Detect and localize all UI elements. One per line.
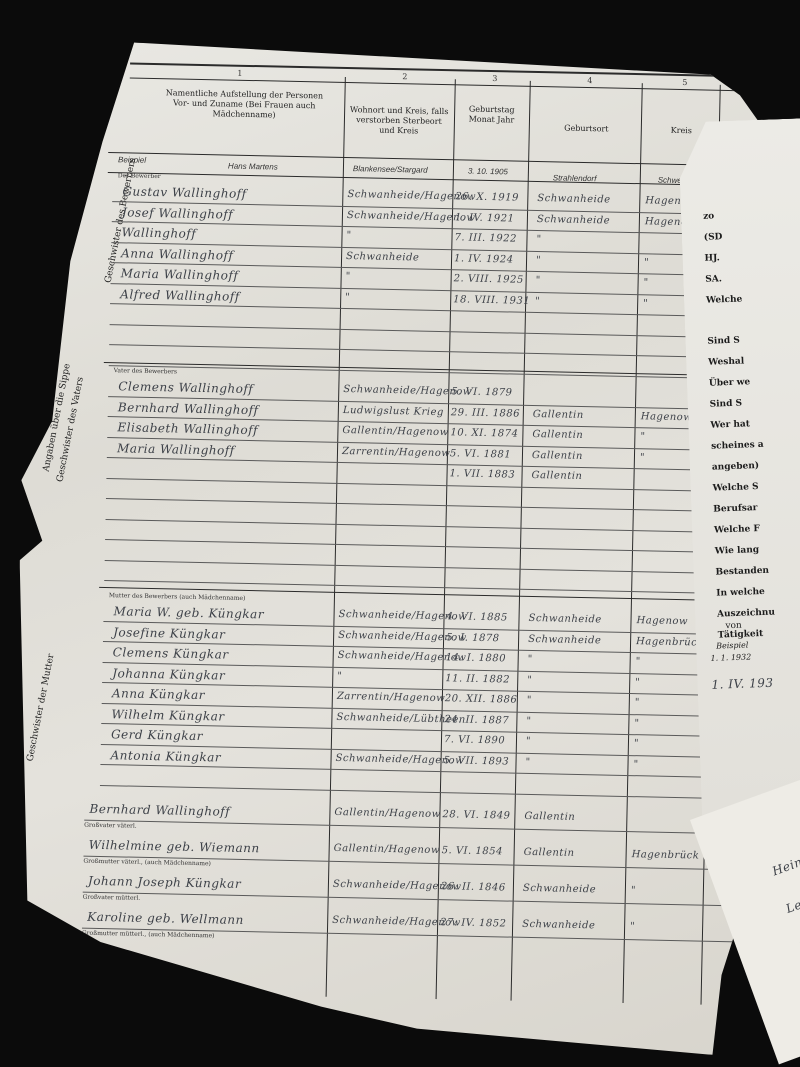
section-label: Der Bewerber: [118, 172, 161, 180]
cell-district: ": [634, 738, 639, 749]
cell-district: ": [633, 759, 638, 770]
column-number: 2: [395, 72, 415, 81]
column-header-birthplace: Geburtsort: [534, 123, 639, 135]
cell-residence: Schwanheide: [346, 251, 419, 264]
right-sheet-question: angeben): [712, 461, 760, 473]
right-sheet-question: Auszeichnu: [717, 608, 775, 620]
row-rule: [110, 303, 760, 318]
right-sheet-question: Welche S: [712, 482, 758, 494]
column-number: 4: [580, 76, 600, 85]
cell-district: ": [640, 452, 645, 463]
right-sheet-question: zo: [703, 211, 714, 221]
cell-district: Hagenbrück: [636, 636, 704, 648]
row-rule: [106, 478, 756, 493]
cell-district: ": [644, 257, 649, 268]
grandparent-name: Karoline geb. Wellmann: [87, 910, 244, 927]
grandparent-district: ": [630, 921, 635, 932]
right-sheet-example-value: 1. 1. 1932: [710, 652, 751, 662]
right-sheet-question: Wie lang: [715, 545, 760, 557]
header-bottom-rule: [108, 152, 768, 167]
grandparent-name: Johann Joseph Küngkar: [88, 874, 241, 891]
cell-district: ": [643, 277, 648, 288]
column-divider: [623, 83, 643, 1003]
cell-residence: Gallentin/Hagenow: [342, 425, 448, 438]
column-header-name: Namentliche Aufstellung der Personen Vor…: [159, 88, 330, 122]
example-birthplace: Strahlendorf: [553, 173, 597, 183]
row-rule: [100, 764, 750, 779]
right-sheet-question: Über we: [709, 377, 751, 388]
cell-district: ": [643, 298, 648, 309]
cell-birthdate: 20. XII. 1886: [445, 693, 518, 706]
cell-district: ": [636, 656, 641, 667]
cell-residence: ": [345, 292, 350, 303]
right-sheet-question: Welche: [706, 295, 743, 306]
form-rows: Der BewerberGustav WallinghoffSchwanheid…: [31, 40, 771, 55]
cell-residence: ": [346, 271, 351, 282]
cell-birthplace: Schwanheide: [528, 633, 601, 646]
right-sheet-question: (SD: [704, 232, 723, 243]
column-number: 5: [675, 78, 695, 87]
cell-birthplace: Schwanheide: [528, 613, 601, 626]
grandparent-district: ": [631, 885, 636, 896]
cell-birthplace: ": [525, 756, 530, 767]
right-sheet-question: Weshal: [708, 356, 744, 367]
column-number: 1: [230, 69, 250, 78]
cell-birthplace: ": [536, 234, 541, 245]
grandparent-name: Bernhard Wallinghoff: [89, 802, 230, 819]
cell-name: Johanna Küngkar: [112, 666, 225, 682]
cell-name: Clemens Wallinghoff: [118, 379, 253, 396]
column-header-residence: Wohnort und Kreis, falls verstorben Ster…: [349, 105, 450, 137]
grandparent-label: Großvater väterl.: [84, 822, 137, 830]
row-rule: [83, 892, 743, 907]
cell-birthdate: 24. II. 1887: [444, 714, 509, 726]
cell-birthplace: Gallentin: [532, 429, 583, 441]
row-rule: [109, 344, 759, 359]
grandparent-name: Wilhelmine geb. Wiemann: [89, 838, 260, 856]
cell-birthplace: ": [536, 275, 541, 286]
row-rule: [106, 519, 756, 534]
cell-residence: Zarrentin/Hagenow: [342, 445, 451, 458]
cell-birthdate: 11. II. 1882: [445, 673, 510, 685]
cell-name: Anna Wallinghoff: [121, 246, 234, 262]
cell-birthdate: 29. III. 1886: [451, 407, 520, 419]
cell-birthdate: 7. III. 1922: [454, 232, 517, 244]
row-rule: [107, 457, 757, 472]
example-name: Hans Martens: [228, 162, 278, 172]
right-sheet-example-label: Beispiel: [716, 641, 749, 651]
cell-residence: ": [337, 670, 342, 681]
right-sheet-question: Sind S: [707, 336, 740, 347]
cell-name: Josef Wallinghoff: [122, 205, 234, 221]
folded-entry: Heinrich: [770, 846, 800, 879]
column-header-birthdate: Geburtstag Monat Jahr: [459, 104, 524, 125]
right-sheet-question: scheines a: [711, 440, 764, 452]
right-sheet-question: Welche F: [714, 524, 760, 536]
cell-birthdate: 18. VIII. 1931: [453, 294, 530, 307]
row-rule: [110, 324, 760, 339]
column-number: 3: [485, 74, 505, 83]
cell-birthdate: 4. VI. 1885: [446, 611, 507, 623]
grandparent-district: Hagenbrück: [632, 849, 700, 861]
cell-residence: Zarrentin/Hagenow: [337, 691, 446, 704]
right-sheet-question: Bestanden: [715, 566, 769, 578]
cell-name: Josefine Küngkar: [113, 625, 226, 641]
grandparent-birthplace: Gallentin: [524, 847, 575, 859]
grandparent-residence: Gallentin/Hagenow: [334, 807, 440, 820]
cell-birthdate: 1. IV. 1924: [454, 253, 514, 265]
grandparent-birthdate: 28. VI. 1849: [442, 809, 510, 821]
cell-residence: ": [346, 230, 351, 241]
cell-birthplace: ": [528, 654, 533, 665]
grandparent-birthplace: Schwanheide: [523, 883, 596, 896]
grandparent-residence: Gallentin/Hagenow: [334, 843, 440, 856]
cell-district: Hagenow: [641, 411, 693, 423]
folded-entry: Lendwirt: [784, 883, 800, 916]
cell-birthplace: ": [526, 715, 531, 726]
grandparent-label: Großvater mütterl.: [83, 894, 141, 902]
right-sheet-entry: 1. IV. 193: [711, 676, 774, 692]
grandparent-birthplace: Schwanheide: [522, 919, 595, 932]
grandparent-birthdate: 26. II. 1846: [441, 881, 506, 893]
cell-birthplace: Gallentin: [531, 470, 582, 482]
cell-birthdate: 1. VII. 1883: [449, 468, 515, 480]
row-rule: [109, 365, 759, 380]
cell-district: Hagenow: [636, 615, 688, 627]
cell-birthplace: Gallentin: [533, 408, 584, 420]
top-rule: [130, 62, 770, 77]
row-rule: [106, 498, 756, 513]
cell-name: Bernhard Wallinghoff: [118, 400, 259, 417]
cell-birthdate: 1. IV. 1921: [455, 212, 515, 224]
cell-name: Clemens Küngkar: [113, 645, 229, 661]
grandparent-birthplace: Gallentin: [524, 811, 575, 823]
cell-district: ": [635, 697, 640, 708]
right-sheet-table-head: von: [725, 621, 742, 632]
cell-birthplace: ": [535, 295, 540, 306]
cell-birthdate: 10. XI. 1874: [450, 427, 518, 439]
cell-birthplace: Gallentin: [532, 449, 583, 461]
cell-name: Alfred Wallinghoff: [120, 287, 240, 303]
cell-birthdate: 5. VI. 1881: [450, 448, 511, 460]
section-label: Vater des Bewerbers: [114, 367, 177, 375]
right-sheet-question: Sind S: [710, 399, 743, 410]
cell-name: Antonia Küngkar: [110, 748, 221, 764]
cell-birthplace: Schwanheide: [537, 193, 610, 206]
right-sheet-question: In welche: [716, 587, 765, 599]
cell-name: Maria W. geb. Küngkar: [113, 604, 264, 621]
row-rule: [100, 784, 750, 799]
column-divider: [326, 77, 346, 997]
right-sheet-question: SA.: [705, 274, 722, 285]
cell-birthdate: 14. I. 1880: [446, 652, 507, 664]
row-rule: [104, 580, 754, 595]
right-sheet-question: HJ.: [704, 253, 720, 264]
section-rule: [104, 362, 764, 377]
genealogy-form-sheet: 1 2 3 4 5 Namentliche Aufstellung der Pe…: [10, 40, 771, 1055]
cell-birthplace: ": [527, 674, 532, 685]
row-rule: [105, 560, 755, 575]
cell-birthplace: ": [536, 254, 541, 265]
cell-birthdate: 5. VII. 1893: [443, 755, 509, 767]
example-birthdate: 3. 10. 1905: [468, 167, 508, 177]
row-rule: [84, 820, 744, 835]
cell-name: Wallinghoff: [121, 225, 196, 241]
cell-district: ": [635, 677, 640, 688]
cell-name: Wilhelm Küngkar: [111, 707, 224, 723]
cell-residence: Ludwigslust Krieg: [343, 404, 444, 417]
cell-name: Gustav Wallinghoff: [122, 184, 247, 201]
example-residence: Blankensee/Stargard: [353, 164, 428, 175]
right-sheet-question: Berufsar: [713, 503, 757, 515]
grandparent-label: Großmutter mütterl., (auch Mädchenname): [82, 930, 215, 940]
side-label-siblings-mother: Geschwister der Mutter: [25, 653, 56, 762]
cell-district: ": [634, 718, 639, 729]
section-label: Mutter des Bewerbers (auch Mädchenname): [109, 592, 246, 602]
cell-name: Maria Wallinghoff: [121, 266, 239, 282]
cell-birthplace: ": [526, 736, 531, 747]
cell-name: Anna Küngkar: [112, 686, 205, 702]
cell-birthdate: 5. VI. 1879: [451, 386, 512, 398]
right-sheet-question: Wer hat: [710, 419, 750, 430]
grandparent-label: Großmutter väterl., (auch Mädchenname): [83, 858, 211, 868]
grandparent-birthdate: 27. IV. 1852: [440, 917, 507, 929]
cell-birthdate: 26. X. 1919: [455, 191, 519, 203]
cell-birthdate: 2. VIII. 1925: [454, 273, 524, 285]
cell-name: Elisabeth Wallinghoff: [117, 420, 258, 437]
grandparent-birthdate: 5. VI. 1854: [442, 845, 503, 857]
cell-birthdate: 7. VI. 1890: [444, 734, 505, 746]
cell-birthplace: ": [527, 695, 532, 706]
cell-name: Gerd Küngkar: [111, 727, 203, 743]
cell-birthdate: 5. I. 1878: [446, 632, 500, 644]
cell-district: ": [640, 431, 645, 442]
row-rule: [105, 539, 755, 554]
cell-name: Maria Wallinghoff: [117, 441, 235, 457]
cell-birthplace: Schwanheide: [537, 214, 610, 227]
